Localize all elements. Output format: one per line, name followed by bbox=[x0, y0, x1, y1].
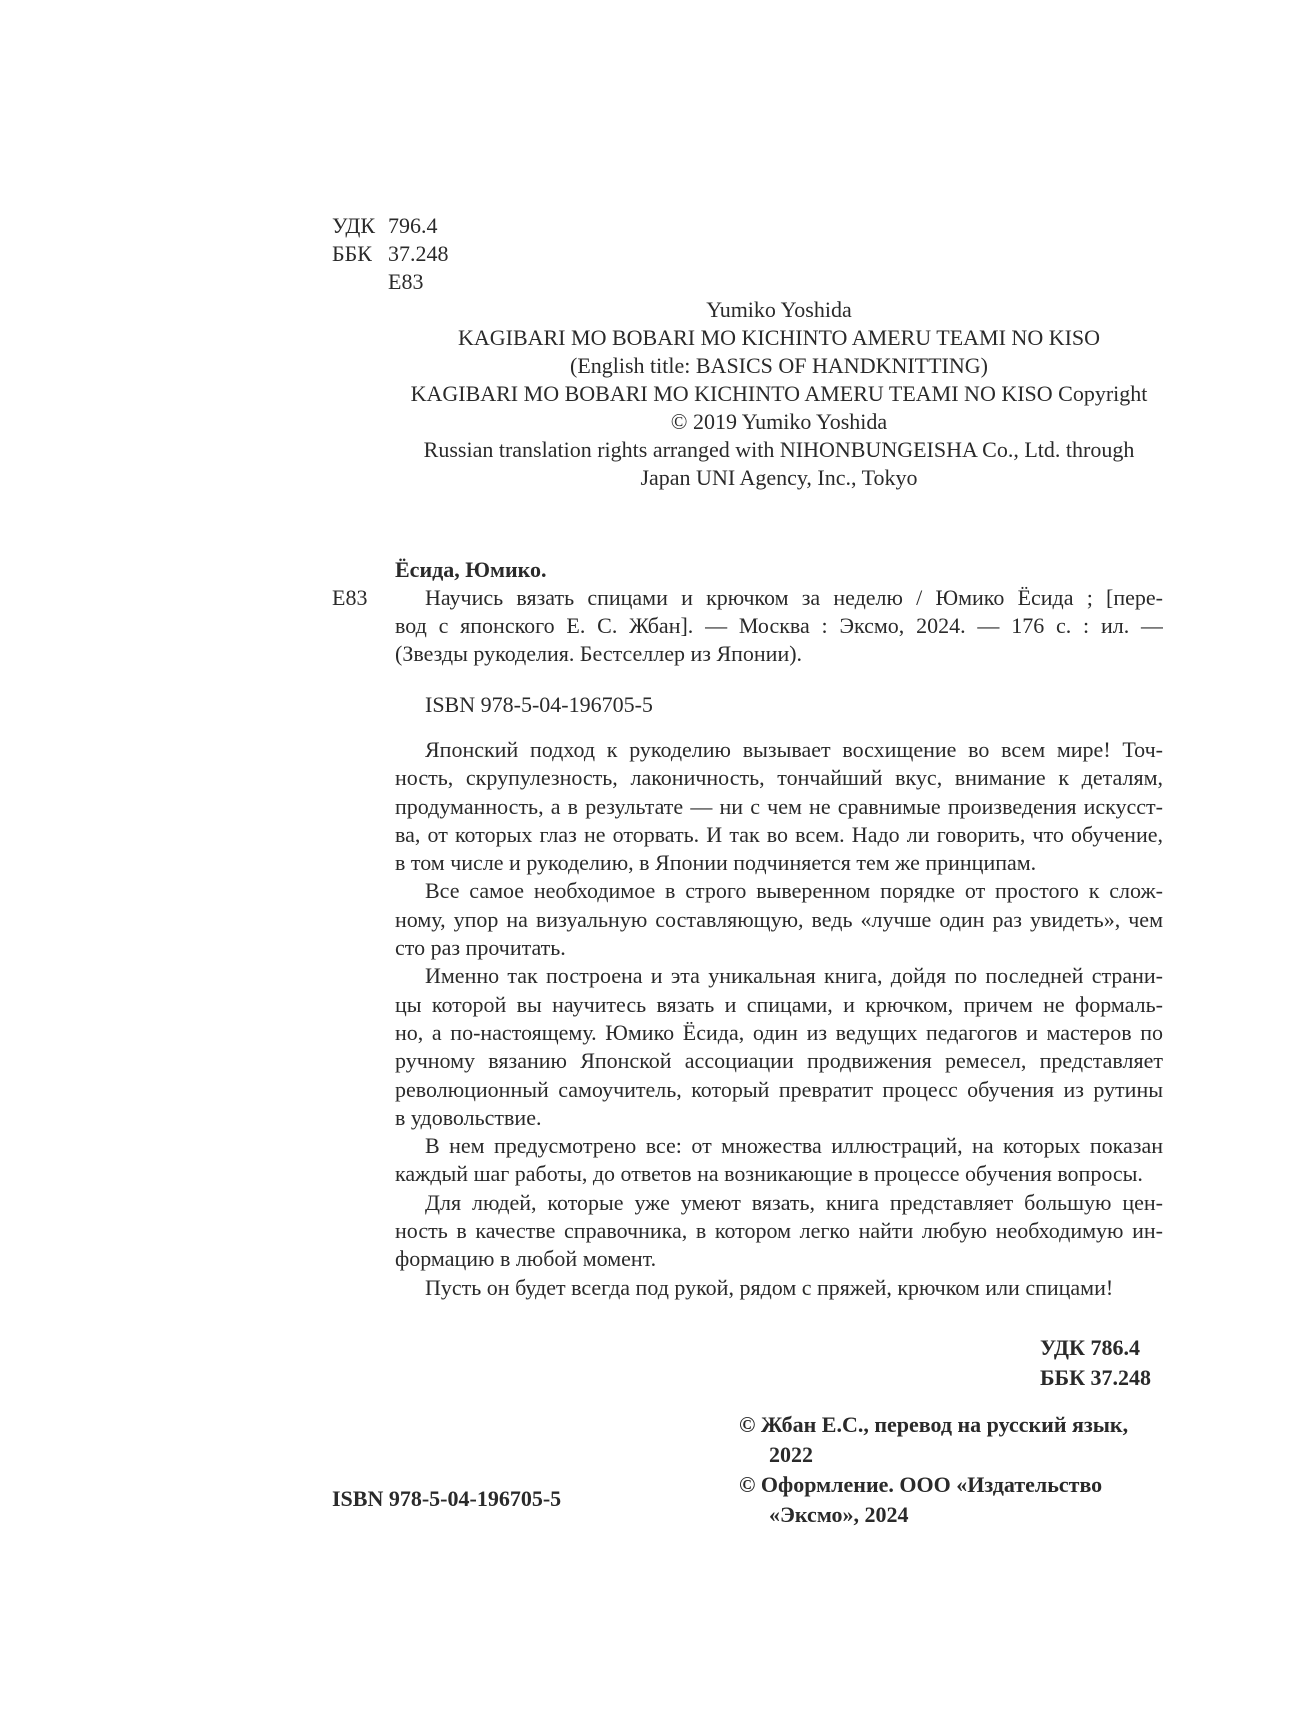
foreign-copyright-line: KAGIBARI MO BOBARI MO KICHINTO AMERU TEA… bbox=[395, 380, 1163, 408]
annotation-line: Все самое необходимое в строго выверенно… bbox=[395, 877, 1163, 905]
foreign-copyright-line: Japan UNI Agency, Inc., Tokyo bbox=[395, 464, 1163, 492]
copyright-page: УДК 796.4 ББК 37.248 Е83 Yumiko YoshidaK… bbox=[0, 0, 1315, 1732]
classification-block: УДК 796.4 ББК 37.248 Е83 bbox=[332, 212, 449, 296]
bottom-bbk: ББК 37.248 bbox=[1040, 1364, 1151, 1394]
annotation-line: цы которой вы научитесь вязать и спицами… bbox=[395, 991, 1163, 1019]
copyright-translation: © Жбан Е.С., перевод на русский язык, bbox=[739, 1411, 1128, 1441]
bbk-row: ББК 37.248 bbox=[332, 240, 449, 268]
foreign-copyright-line: Yumiko Yoshida bbox=[395, 296, 1163, 324]
bbk-value: 37.248 bbox=[388, 240, 449, 268]
annotation-line: в удовольствие. bbox=[395, 1104, 1163, 1132]
annotation-line: Пусть он будет всегда под рукой, рядом с… bbox=[395, 1274, 1163, 1302]
annotation-line: продуманность, а в результате — ни с чем… bbox=[395, 793, 1163, 821]
annotation-line: Японский подход к рукоделию вызывает вос… bbox=[395, 736, 1163, 764]
annotation-line: ность в качестве справочника, в котором … bbox=[395, 1217, 1163, 1245]
annotation-line: Для людей, которые уже умеют вязать, кни… bbox=[395, 1189, 1163, 1217]
annotation-line: формацию в любой момент. bbox=[395, 1245, 1163, 1273]
bibliographic-description: Научись вязать спицами и крючком за неде… bbox=[395, 584, 1163, 668]
annotation-line: революционный самоучитель, который превр… bbox=[395, 1076, 1163, 1104]
annotation-line: сто раз прочитать. bbox=[395, 934, 1163, 962]
annotation-paragraph: Для людей, которые уже умеют вязать, кни… bbox=[395, 1189, 1163, 1274]
annotation-line: В нем предусмотрено все: от множества ил… bbox=[395, 1132, 1163, 1160]
bibliographic-description-line: вод с японского Е. С. Жбан]. — Москва : … bbox=[395, 612, 1163, 640]
foreign-copyright-line: (English title: BASICS OF HANDKNITTING) bbox=[395, 352, 1163, 380]
bibliographic-author-mark: Е83 bbox=[332, 584, 367, 612]
udk-row: УДК 796.4 bbox=[332, 212, 449, 240]
bibliographic-author-heading: Ёсида, Юмико. bbox=[395, 556, 547, 584]
udk-value: 796.4 bbox=[388, 212, 438, 240]
annotation-paragraph: В нем предусмотрено все: от множества ил… bbox=[395, 1132, 1163, 1189]
annotation-paragraph: Именно так построена и эта уникальная кн… bbox=[395, 962, 1163, 1132]
foreign-copyright-line: Russian translation rights arranged with… bbox=[395, 436, 1163, 464]
copyright-notices: © Жбан Е.С., перевод на русский язык, 20… bbox=[739, 1411, 1128, 1531]
annotation-line: ному, упор на визуальную составляющую, в… bbox=[395, 906, 1163, 934]
copyright-design: © Оформление. ООО «Издательство bbox=[739, 1471, 1128, 1501]
copyright-translation-year: 2022 bbox=[739, 1441, 1128, 1471]
annotation-paragraph: Все самое необходимое в строго выверенно… bbox=[395, 877, 1163, 962]
bbk-label: ББК bbox=[332, 240, 388, 268]
annotation-line: ручному вязанию Японской ассоциации прод… bbox=[395, 1047, 1163, 1075]
annotation-line: ность, скрупулезность, лаконичность, тон… bbox=[395, 764, 1163, 792]
bibliographic-description-line: Научись вязать спицами и крючком за неде… bbox=[395, 584, 1163, 612]
copyright-design-publisher: «Эксмо», 2024 bbox=[739, 1501, 1128, 1531]
annotation-paragraph: Японский подход к рукоделию вызывает вос… bbox=[395, 736, 1163, 877]
annotation-line: каждый шаг работы, до ответов на возника… bbox=[395, 1160, 1163, 1188]
annotation-line: в том числе и рукоделию, в Японии подчин… bbox=[395, 849, 1163, 877]
bibliographic-description-line: (Звезды рукоделия. Бестселлер из Японии)… bbox=[395, 640, 1163, 668]
foreign-copyright-line: © 2019 Yumiko Yoshida bbox=[395, 408, 1163, 436]
foreign-copyright-notice: Yumiko YoshidaKAGIBARI MO BOBARI MO KICH… bbox=[395, 296, 1163, 492]
annotation: Японский подход к рукоделию вызывает вос… bbox=[395, 736, 1163, 1302]
annotation-line: Именно так построена и эта уникальная кн… bbox=[395, 962, 1163, 990]
annotation-line: ва, от которых глаз не оторвать. И так в… bbox=[395, 821, 1163, 849]
annotation-paragraph: Пусть он будет всегда под рукой, рядом с… bbox=[395, 1274, 1163, 1302]
udk-label: УДК bbox=[332, 212, 388, 240]
author-mark: Е83 bbox=[332, 268, 449, 296]
bibliographic-isbn: ISBN 978-5-04-196705-5 bbox=[425, 691, 653, 719]
bottom-udk: УДК 786.4 bbox=[1040, 1334, 1151, 1364]
bottom-classification: УДК 786.4 ББК 37.248 bbox=[1040, 1334, 1151, 1394]
bottom-isbn: ISBN 978-5-04-196705-5 bbox=[332, 1485, 561, 1513]
foreign-copyright-line: KAGIBARI MO BOBARI MO KICHINTO AMERU TEA… bbox=[395, 324, 1163, 352]
annotation-line: но, а по-настоящему. Юмико Ёсида, один и… bbox=[395, 1019, 1163, 1047]
